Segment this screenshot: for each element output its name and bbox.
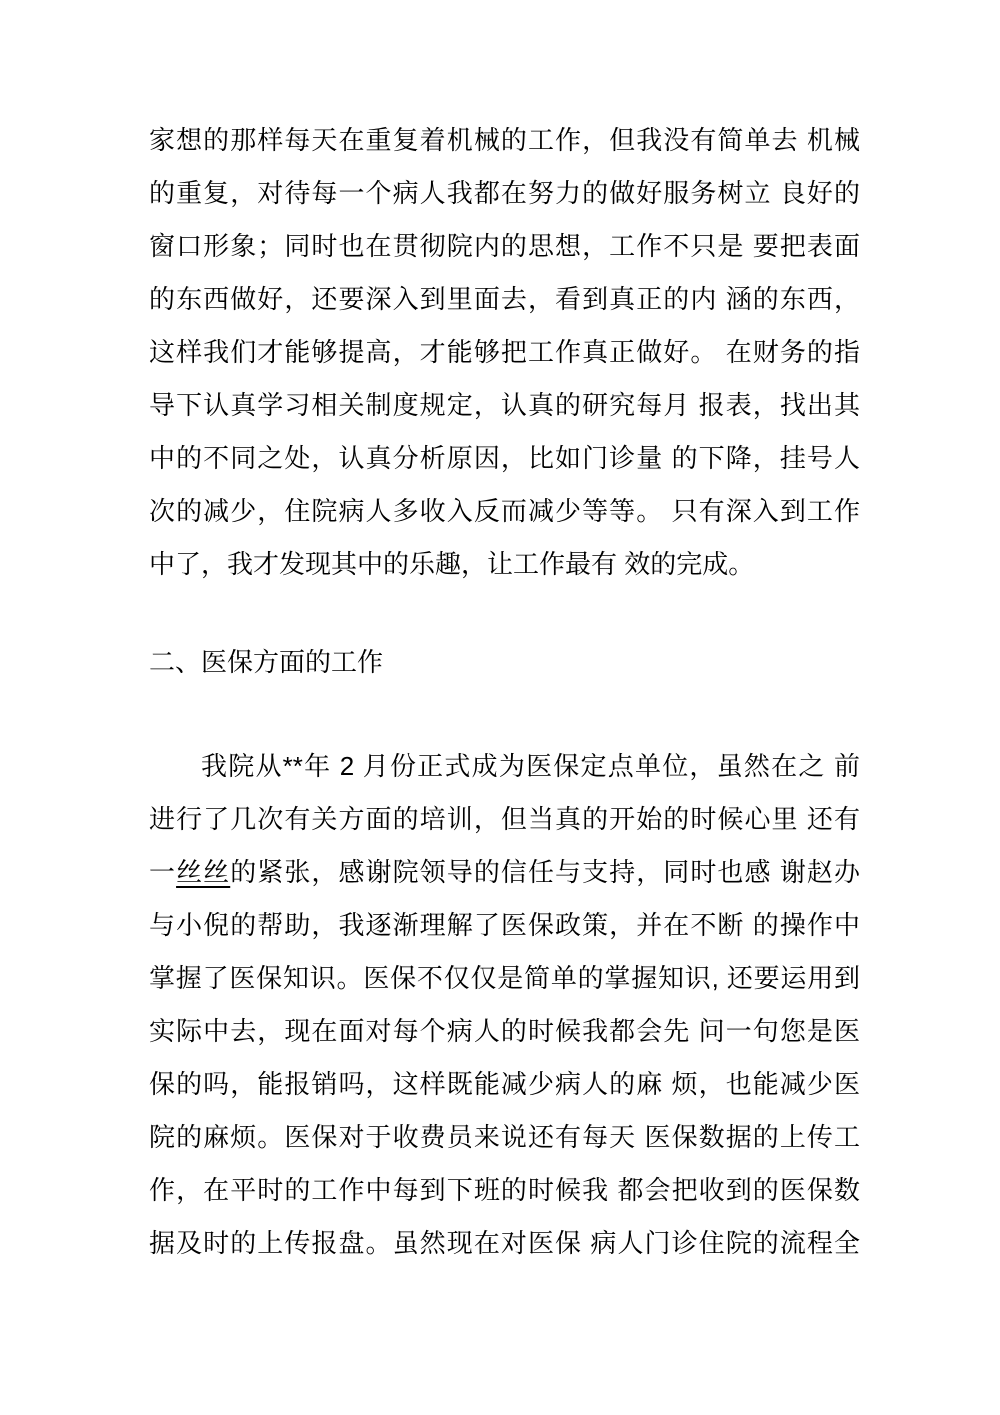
text-line: 实际中去，现在面对每个病人的时候我都会先 问一句您是医 (149, 1005, 860, 1058)
underlined-text: 丝丝 (176, 857, 230, 887)
text-line: 这样我们才能够提高，才能够把工作真正做好。 在财务的指 (149, 326, 860, 379)
text-line: 的东西做好，还要深入到里面去，看到真正的内 涵的东西， (149, 273, 860, 326)
text-line: 窗口形象；同时也在贯彻院内的思想，工作不只是 要把表面 (149, 220, 860, 273)
text-line: 中的不同之处，认真分析原因，比如门诊量 的下降，挂号人 (149, 432, 860, 485)
document-content: 家想的那样每天在重复着机械的工作，但我没有简单去 机械的重复，对待每一个病人我都… (149, 0, 860, 1270)
text-line: 保的吗，能报销吗，这样既能减少病人的麻 烦，也能减少医 (149, 1058, 860, 1111)
text-line: 导下认真学习相关制度规定，认真的研究每月 报表，找出其 (149, 379, 860, 432)
paragraph-work-attitude: 家想的那样每天在重复着机械的工作，但我没有简单去 机械的重复，对待每一个病人我都… (149, 114, 860, 591)
text-line: 家想的那样每天在重复着机械的工作，但我没有简单去 机械 (149, 114, 860, 167)
text-line: 次的减少，住院病人多收入反而减少等等。 只有深入到工作 (149, 485, 860, 538)
text-line: 中了，我才发现其中的乐趣，让工作最有 效的完成。 (149, 538, 860, 591)
text-line: 的重复，对待每一个病人我都在努力的做好服务树立 良好的 (149, 167, 860, 220)
text-line: 院的麻烦。医保对于收费员来说还有每天 医保数据的上传工 (149, 1111, 860, 1164)
text-line: 与小倪的帮助，我逐渐理解了医保政策，并在不断 的操作中 (149, 899, 860, 952)
text-line: 进行了几次有关方面的培训，但当真的开始的时候心里 还有 (149, 793, 860, 846)
text-segment: 的紧张，感谢院领导的信任与支持，同时也感 谢赵办 (230, 857, 860, 887)
document-page: 家想的那样每天在重复着机械的工作，但我没有简单去 机械的重复，对待每一个病人我都… (0, 0, 1000, 1415)
text-line: 掌握了医保知识。医保不仅仅是简单的掌握知识, 还要运用到 (149, 952, 860, 1005)
text-line: 我院从**年 2 月份正式成为医保定点单位，虽然在之 前 (149, 740, 860, 793)
paragraph-medical-insurance: 我院从**年 2 月份正式成为医保定点单位，虽然在之 前进行了几次有关方面的培训… (149, 740, 860, 1270)
section-heading-medical-insurance: 二、医保方面的工作 (149, 636, 860, 689)
text-line: 作，在平时的工作中每到下班的时候我 都会把收到的医保数 (149, 1164, 860, 1217)
text-line: 据及时的上传报盘。虽然现在对医保 病人门诊住院的流程全 (149, 1217, 860, 1270)
text-line: 一丝丝的紧张，感谢院领导的信任与支持，同时也感 谢赵办 (149, 846, 860, 899)
text-segment: 一 (149, 857, 176, 887)
